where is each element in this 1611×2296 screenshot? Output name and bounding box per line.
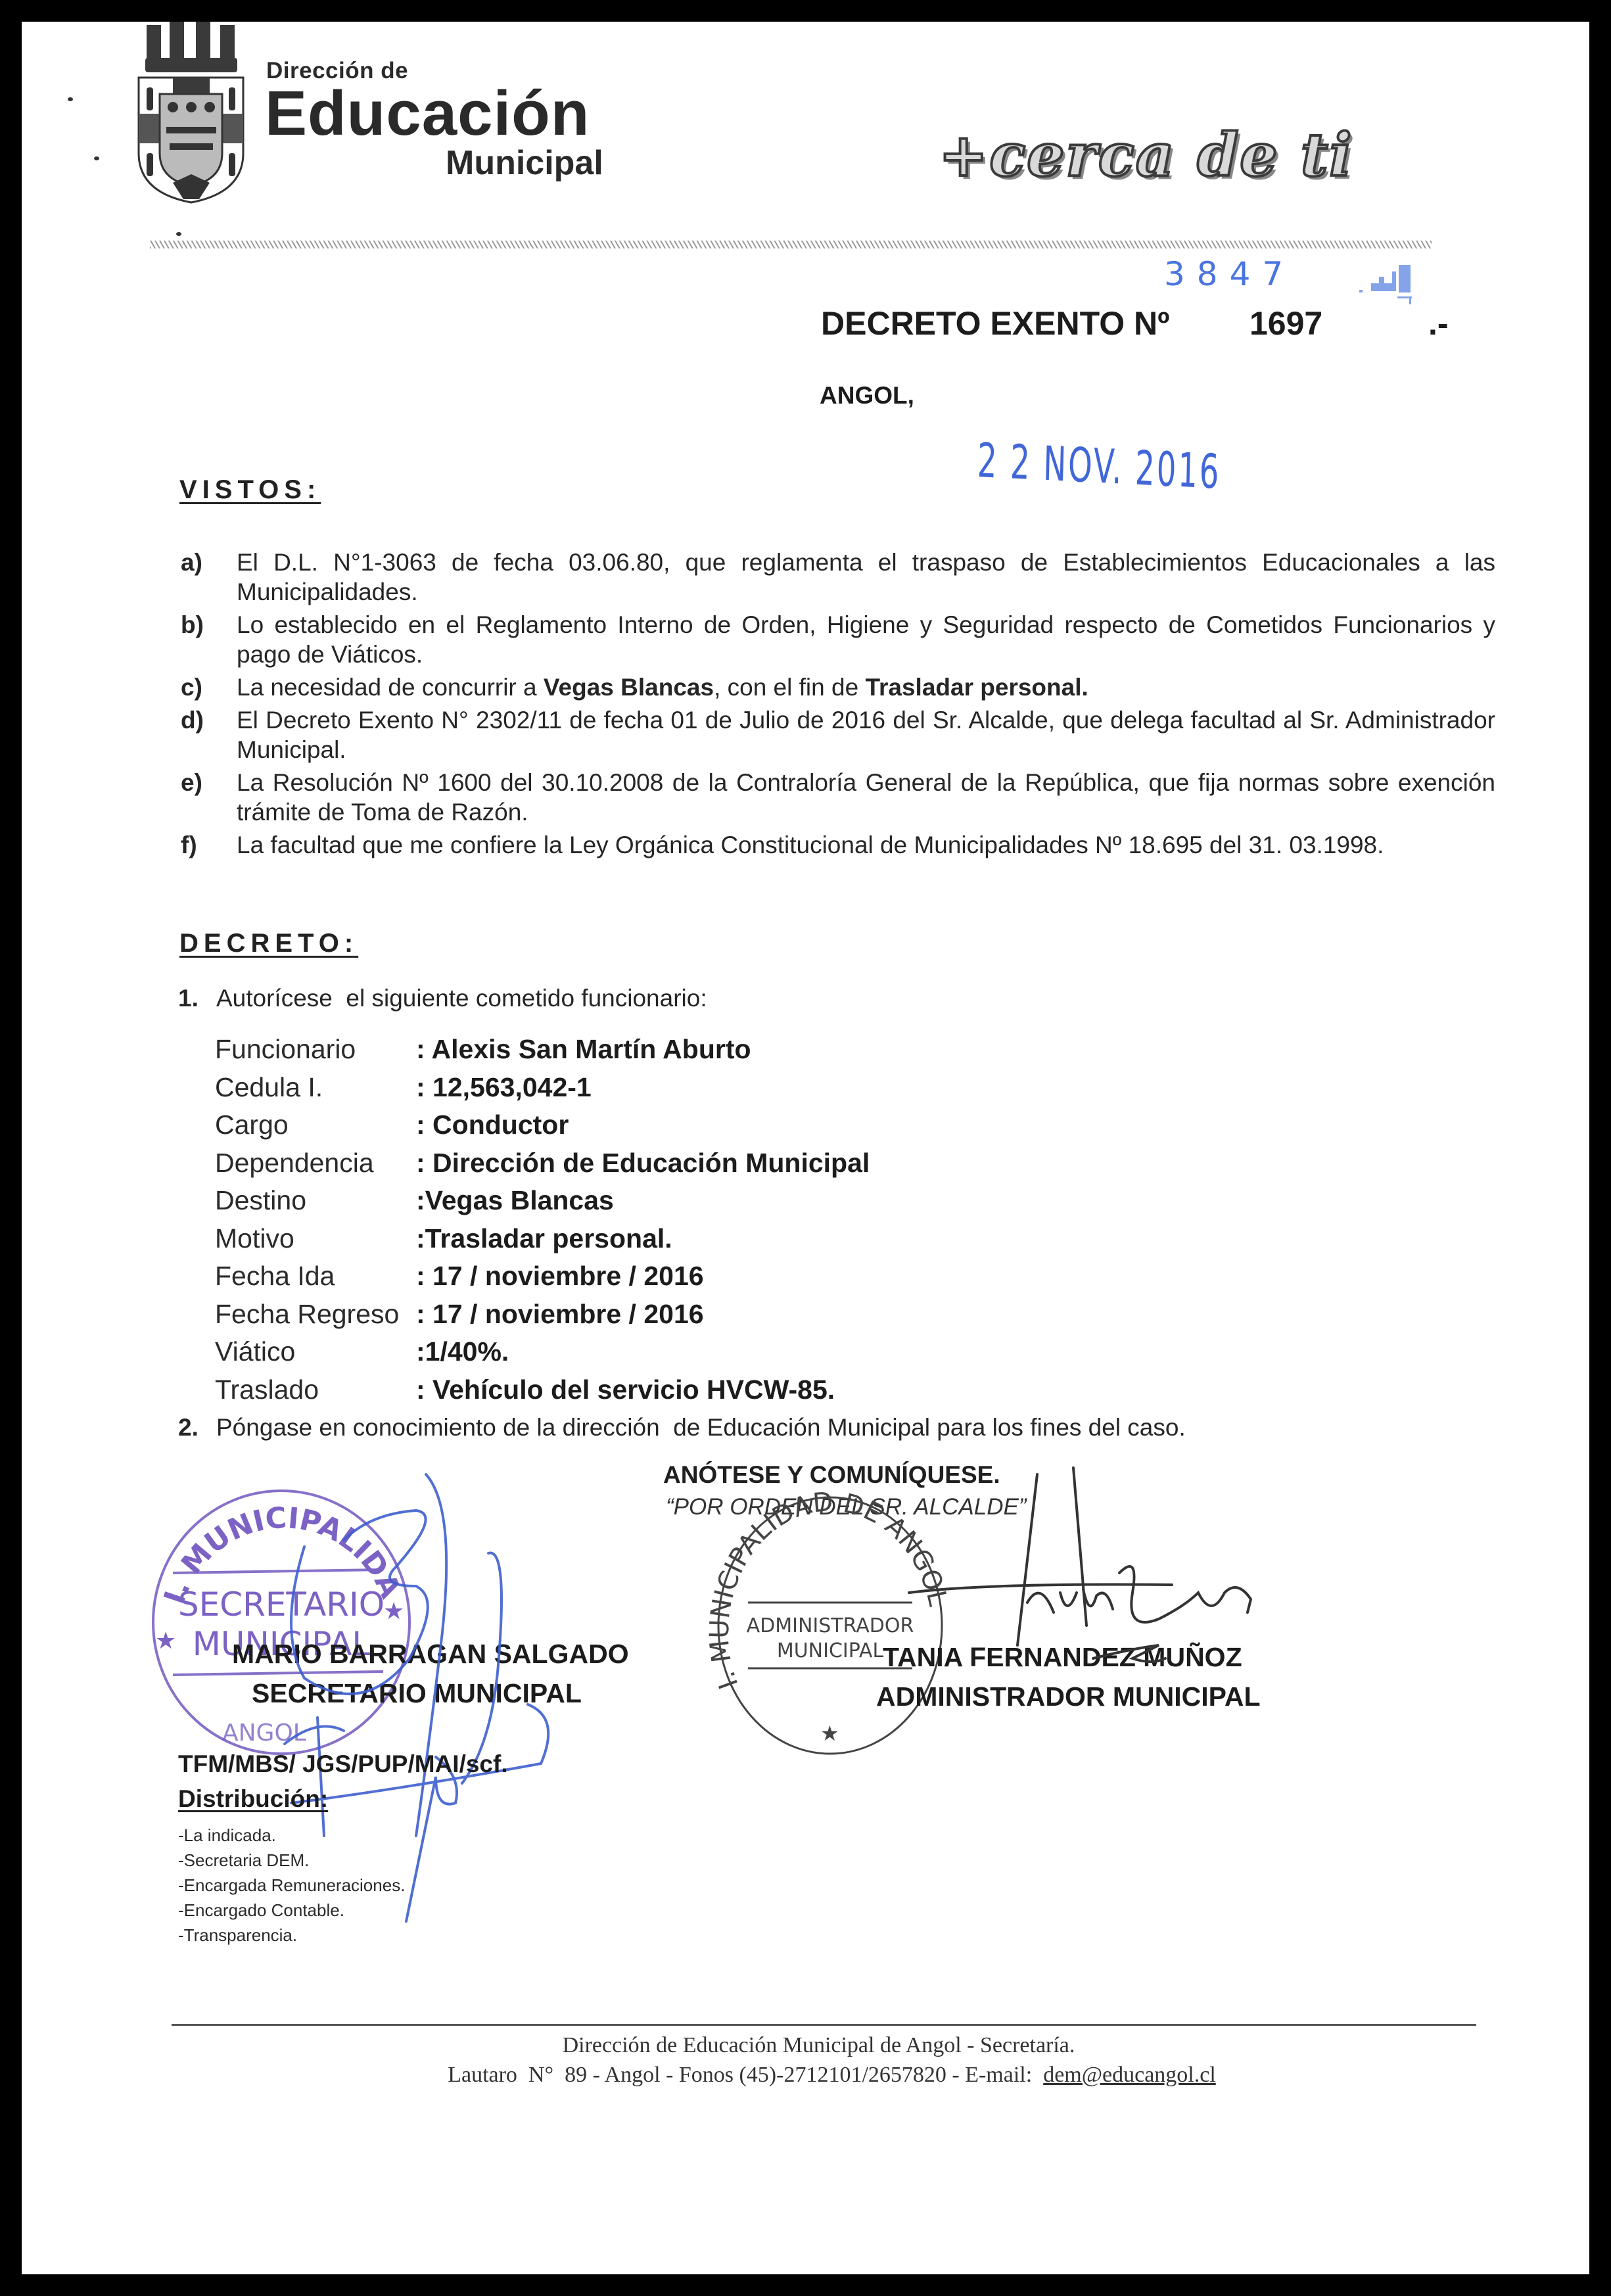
visto-purpose: Trasladar personal. [865,674,1088,701]
detail-row-funcionario: Funcionario: Alexis San Martín Aburto [215,1031,870,1069]
visto-text-part: La necesidad de concurrir a [237,674,544,701]
decreto-heading: DECRETO: [179,929,358,958]
footer-divider [172,2024,1476,2026]
detail-label: Destino [215,1185,416,1216]
visto-letter: c) [181,672,237,702]
distribution-list: -La indicada. -Secretaria DEM. -Encargad… [178,1823,405,1948]
typist-initials: TFM/MBS/ JGS/PUP/MAI/scf. [178,1750,508,1778]
detail-label: Motivo [215,1223,416,1254]
visto-letter: e) [181,768,237,827]
header-divider [150,241,1432,248]
detail-row-cargo: Cargo: Conductor [215,1106,870,1144]
cometido-details: Funcionario: Alexis San Martín Aburto Ce… [215,1031,870,1409]
detail-value: :Trasladar personal. [416,1223,672,1254]
detail-value: : 17 / noviembre / 2016 [416,1261,704,1292]
registry-stamp-icon [1359,265,1412,304]
item-text: Póngase en conocimiento de la dirección … [216,1414,1186,1441]
item-number: 1. [178,985,216,1012]
scan-speck [94,156,99,160]
visto-text: La Resolución Nº 1600 del 30.10.2008 de … [237,768,1495,827]
visto-item: c) La necesidad de concurrir a Vegas Bla… [181,672,1495,702]
visto-letter: a) [181,548,237,607]
detail-value: : Dirección de Educación Municipal [416,1148,870,1179]
visto-letter: d) [181,705,237,764]
detail-row-fecha-ida: Fecha Ida: 17 / noviembre / 2016 [215,1257,870,1296]
visto-letter: b) [181,610,237,669]
detail-label: Funcionario [215,1034,416,1065]
detail-label: Fecha Ida [215,1261,416,1292]
detail-value: : 17 / noviembre / 2016 [416,1299,704,1330]
vistos-heading: VISTOS: [179,475,321,505]
decree-title: DECRETO EXENTO Nº [821,304,1169,342]
detail-value: : 12,563,042-1 [416,1072,592,1103]
detail-label: Traslado [215,1374,416,1405]
visto-item: d) El Decreto Exento N° 2302/11 de fecha… [181,705,1495,764]
distribution-heading: Distribución: [178,1785,328,1813]
decree-page: Dirección de Educación Municipal +cerca … [22,22,1589,2274]
footer-address: Lautaro N° 89 - Angol - Fonos (45)-27121… [448,2063,1043,2087]
detail-row-viatico: Viático:1/40%. [215,1333,870,1371]
distribution-item: -Encargada Remuneraciones. [178,1873,405,1898]
decree-title-suffix: .- [1428,304,1449,342]
handwritten-signature-icon [856,1461,1317,1678]
svg-text:★: ★ [820,1722,839,1745]
scan-speck [68,97,73,101]
decree-item-1: 1.Autorícese el siguiente cometido funci… [178,985,707,1012]
visto-text-part: , con el fin de [714,674,865,701]
distribution-item: -Transparencia. [178,1923,405,1948]
detail-label: Dependencia [215,1148,416,1179]
visto-text: Lo establecido en el Reglamento Interno … [237,610,1495,669]
distribution-item: -Secretaria DEM. [178,1848,405,1873]
item-number: 2. [178,1414,216,1441]
visto-item: f) La facultad que me confiere la Ley Or… [181,830,1495,860]
distribution-item: -Encargado Contable. [178,1898,405,1923]
detail-value: :1/40%. [416,1336,509,1367]
city-label: ANGOL, [820,382,914,410]
detail-row-destino: Destino:Vegas Blancas [215,1182,870,1220]
date-stamp: 2 2 NOV. 2016 [977,433,1221,500]
detail-row-traslado: Traslado: Vehículo del servicio HVCW-85. [215,1371,870,1409]
visto-item: b) Lo establecido en el Reglamento Inter… [181,610,1495,669]
detail-row-motivo: Motivo:Trasladar personal. [215,1220,870,1258]
visto-letter: f) [181,830,237,860]
detail-label: Viático [215,1336,416,1367]
detail-row-cedula: Cedula I.: 12,563,042-1 [215,1069,870,1107]
scan-speck [176,232,181,236]
detail-value: : Vehículo del servicio HVCW-85. [416,1374,835,1405]
footer-institution: Dirección de Educación Municipal de Ango… [22,2033,1589,2058]
detail-row-fecha-regreso: Fecha Regreso: 17 / noviembre / 2016 [215,1296,870,1334]
visto-text: El D.L. N°1-3063 de fecha 03.06.80, que … [237,548,1495,607]
brand-educacion: Educación [265,82,590,145]
visto-item: e) La Resolución Nº 1600 del 30.10.2008 … [181,768,1495,827]
detail-value: : Alexis San Martín Aburto [416,1034,751,1065]
detail-label: Cargo [215,1110,416,1140]
footer-email-link[interactable]: dem@educangol.cl [1043,2063,1216,2087]
svg-text:★: ★ [155,1627,176,1654]
visto-text: La facultad que me confiere la Ley Orgán… [237,830,1495,860]
footer-contact: Lautaro N° 89 - Angol - Fonos (45)-27121… [22,2063,1589,2088]
visto-item: a) El D.L. N°1-3063 de fecha 03.06.80, q… [181,548,1495,607]
slogan: +cerca de ti [939,120,1353,190]
item-text: Autorícese el siguiente cometido funcion… [216,985,707,1012]
detail-value: : Conductor [416,1110,569,1140]
brand-municipal: Municipal [446,143,603,183]
detail-label: Cedula I. [215,1072,416,1103]
decree-number: 1697 [1249,304,1322,342]
detail-value: :Vegas Blancas [416,1185,614,1216]
detail-label: Fecha Regreso [215,1299,416,1330]
detail-row-dependencia: Dependencia: Dirección de Educación Muni… [215,1144,870,1183]
visto-text: El Decreto Exento N° 2302/11 de fecha 01… [237,705,1495,764]
right-signer-title: ADMINISTRADOR MUNICIPAL [876,1681,1261,1712]
distribution-item: -La indicada. [178,1823,405,1848]
coat-of-arms-icon [133,22,248,206]
visto-destination: Vegas Blancas [544,674,714,701]
registry-stamp-number: 3847 [1164,255,1295,293]
decree-item-2: 2.Póngase en conocimiento de la direcció… [178,1414,1186,1441]
visto-text: La necesidad de concurrir a Vegas Blanca… [237,672,1495,702]
vistos-list: a) El D.L. N°1-3063 de fecha 03.06.80, q… [181,548,1495,863]
